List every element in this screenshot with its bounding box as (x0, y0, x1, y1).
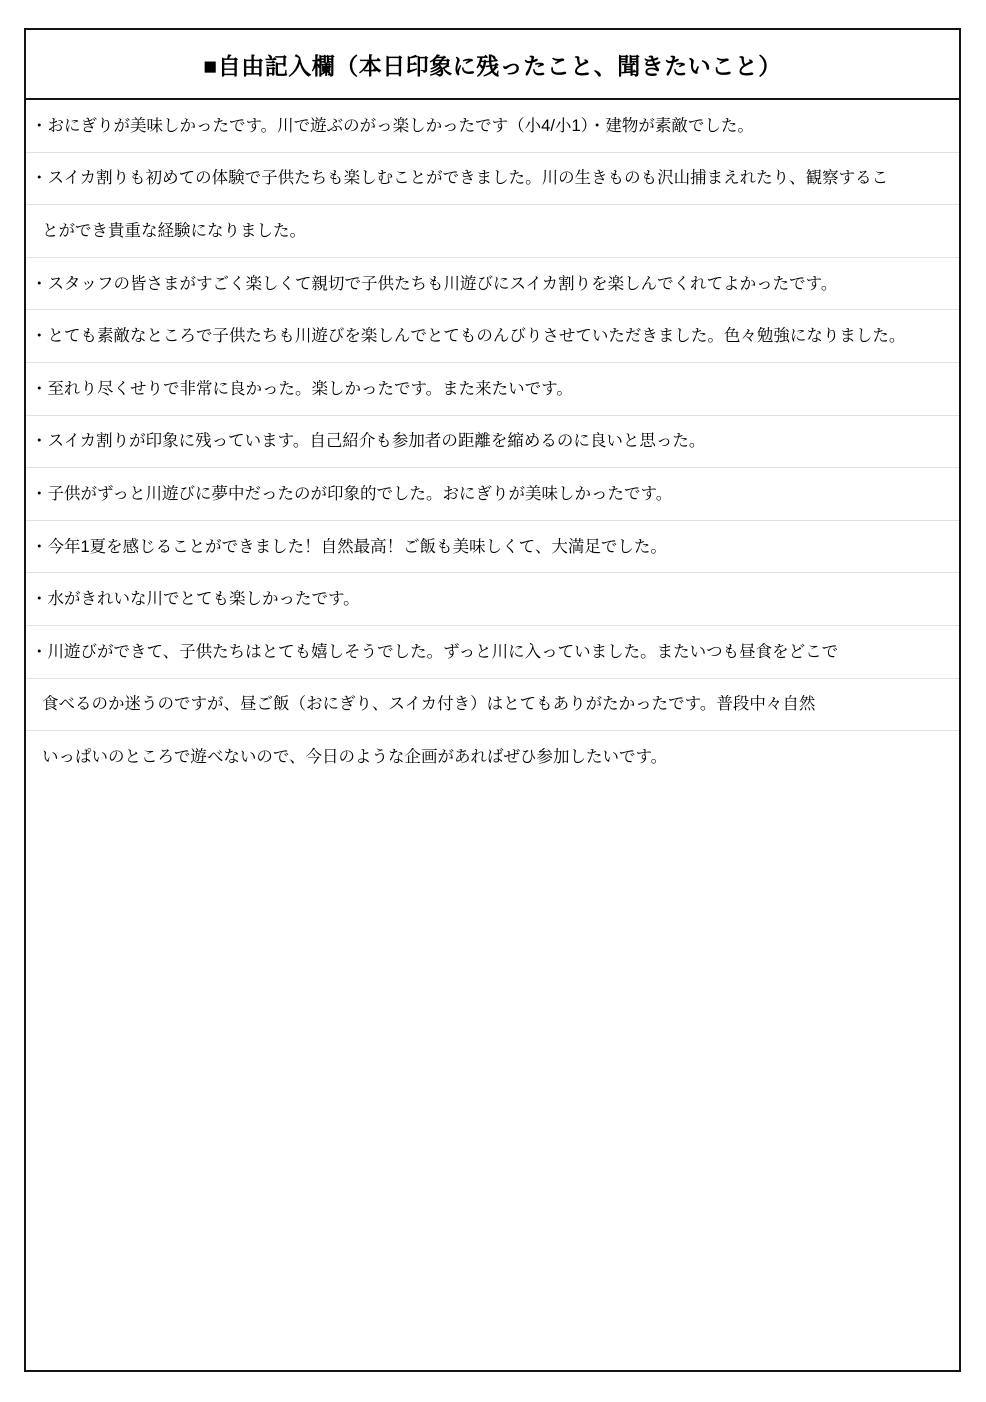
comment-row: ・スイカ割りが印象に残っています。自己紹介も参加者の距離を縮めるのに良いと思った… (26, 416, 959, 469)
comment-row: ・川遊びができて、子供たちはとても嬉しそうでした。ずっと川に入っていました。また… (26, 626, 959, 679)
comment-text: 食べるのか迷うのですが、昼ご飯（おにぎり、スイカ付き）はとてもありがたかったです… (42, 693, 815, 715)
section-title: ■自由記入欄（本日印象に残ったこと、聞きたいこと） (26, 30, 959, 100)
comment-row: ・スタッフの皆さまがすごく楽しくて親切で子供たちも川遊びにスイカ割りを楽しんでく… (26, 258, 959, 311)
comment-text: ・スタッフの皆さまがすごく楽しくて親切で子供たちも川遊びにスイカ割りを楽しんでく… (31, 273, 837, 295)
comment-row: ・至れり尽くせりで非常に良かった。楽しかったです。また来たいです。 (26, 363, 959, 416)
comment-text: ・おにぎりが美味しかったです。川で遊ぶのがっ楽しかったです（小4/小1）・建物が… (31, 115, 754, 137)
comment-row: ・水がきれいな川でとても楽しかったです。 (26, 573, 959, 626)
comment-text: いっぱいのところで遊べないので、今日のような企画があればぜひ参加したいです。 (42, 746, 667, 768)
comment-row: ・子供がずっと川遊びに夢中だったのが印象的でした。おにぎりが美味しかったです。 (26, 468, 959, 521)
comment-text: ・川遊びができて、子供たちはとても嬉しそうでした。ずっと川に入っていました。また… (31, 641, 838, 663)
survey-results-page: ■自由記入欄（本日印象に残ったこと、聞きたいこと） ・おにぎりが美味しかったです… (0, 0, 986, 1402)
comment-text: ・至れり尽くせりで非常に良かった。楽しかったです。また来たいです。 (31, 378, 573, 400)
comment-row-continuation: 食べるのか迷うのですが、昼ご飯（おにぎり、スイカ付き）はとてもありがたかったです… (26, 679, 959, 732)
comment-row-continuation: とができ貴重な経験になりました。 (26, 205, 959, 258)
comment-text: ・今年1夏を感じることができました！自然最高！ご飯も美味しくて、大満足でした。 (31, 536, 667, 558)
comment-text: ・子供がずっと川遊びに夢中だったのが印象的でした。おにぎりが美味しかったです。 (31, 483, 672, 505)
comment-text: ・スイカ割りが印象に残っています。自己紹介も参加者の距離を縮めるのに良いと思った… (31, 430, 705, 452)
comment-text: ・水がきれいな川でとても楽しかったです。 (31, 588, 360, 610)
free-response-section: ■自由記入欄（本日印象に残ったこと、聞きたいこと） ・おにぎりが美味しかったです… (24, 28, 961, 1372)
comment-row: ・今年1夏を感じることができました！自然最高！ご飯も美味しくて、大満足でした。 (26, 521, 959, 574)
comment-row: ・おにぎりが美味しかったです。川で遊ぶのがっ楽しかったです（小4/小1）・建物が… (26, 100, 959, 153)
comment-text: とができ貴重な経験になりました。 (42, 220, 306, 242)
comment-row-continuation: いっぱいのところで遊べないので、今日のような企画があればぜひ参加したいです。 (26, 731, 959, 784)
comment-text: ・スイカ割りも初めての体験で子供たちも楽しむことができました。川の生きものも沢山… (31, 167, 888, 189)
section-title-text: ■自由記入欄（本日印象に残ったこと、聞きたいこと） (203, 48, 781, 81)
comment-text: ・とても素敵なところで子供たちも川遊びを楽しんでとてものんびりさせていただきまし… (31, 325, 905, 347)
comment-row: ・スイカ割りも初めての体験で子供たちも楽しむことができました。川の生きものも沢山… (26, 153, 959, 206)
comment-row: ・とても素敵なところで子供たちも川遊びを楽しんでとてものんびりさせていただきまし… (26, 310, 959, 363)
